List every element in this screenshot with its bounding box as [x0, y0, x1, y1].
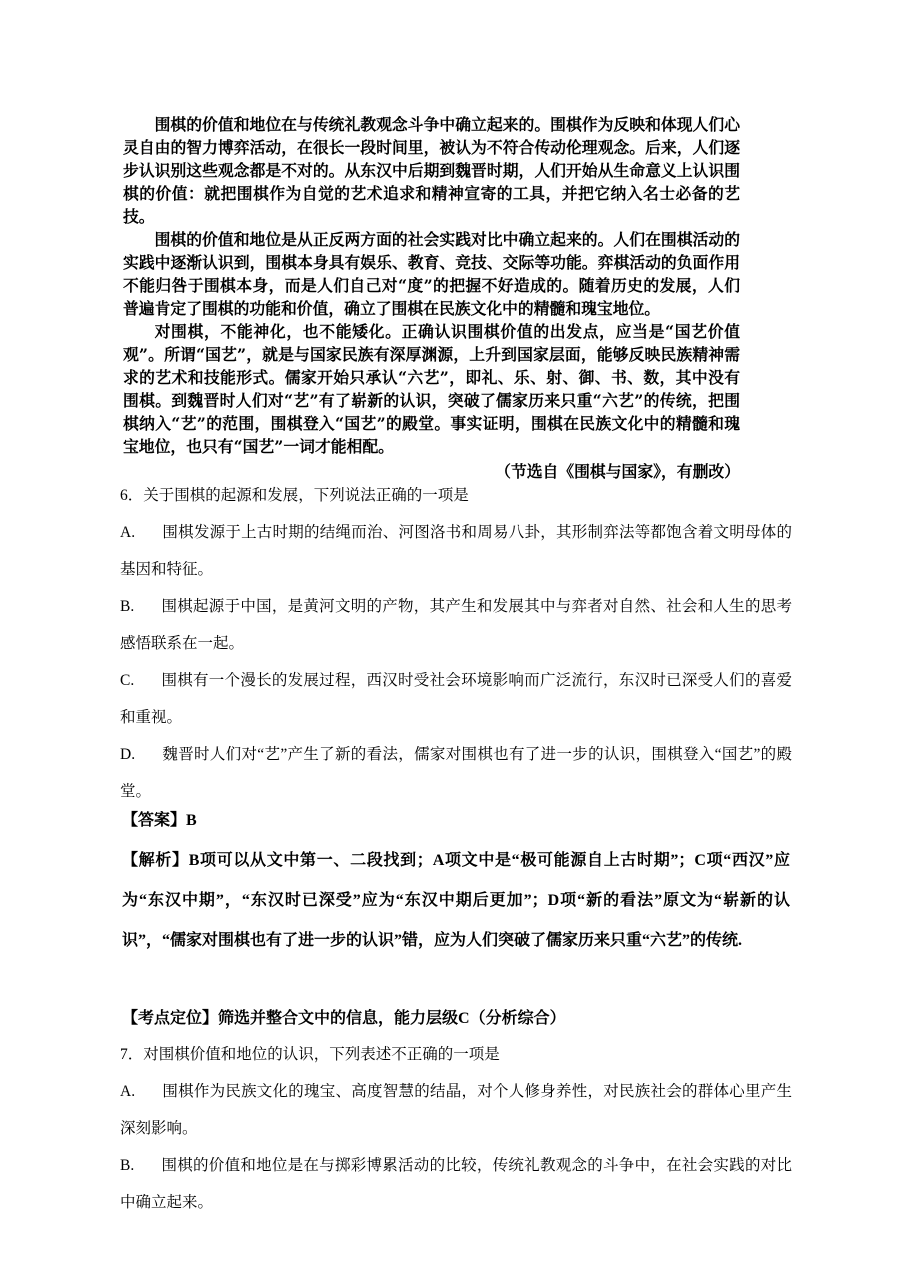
option-label-c: C.	[120, 672, 134, 689]
question-6-block: 6．关于围棋的起源和发展，下列说法正确的一项是 A.围棋发源于上古时期的结绳而治…	[120, 477, 792, 810]
exam-point-text: 筛选并整合文中的信息，能力层级C（分析综合）	[218, 1010, 566, 1027]
option-text-d: 魏晋时人们对“艺”产生了新的看法，儒家对围棋也有了进一步的认识，围棋登入“国艺”…	[120, 746, 792, 800]
question-6-option-b: B.围棋起源于中国，是黄河文明的产物，其产生和发展其中与弈者对自然、社会和人生的…	[120, 588, 792, 662]
question-6-answer-line: 【答案】B	[122, 801, 790, 841]
option-text-c: 围棋有一个漫长的发展过程，西汉时受社会环境影响而广泛流行，东汉时已深受人们的喜爱…	[120, 672, 792, 726]
question-6-option-a: A.围棋发源于上古时期的结绳而治、河图洛书和周易八卦，其形制弈法等都饱含着文明母…	[120, 514, 792, 588]
answer-value: B	[186, 812, 197, 829]
option-text-b: 围棋的价值和地位是在与掷彩博累活动的比较，传统礼教观念的斗争中，在社会实践的对比…	[120, 1157, 792, 1211]
question-7-option-b: B.围棋的价值和地位是在与掷彩博累活动的比较，传统礼教观念的斗争中，在社会实践的…	[120, 1147, 792, 1221]
question-7-block: 7．对围棋价值和地位的认识，下列表述不正确的一项是 A.围棋作为民族文化的瑰宝、…	[120, 1036, 792, 1221]
excerpt-block: 围棋的价值和地位在与传统礼教观念斗争中确立起来的。围棋作为反映和体现人们心灵自由…	[123, 113, 740, 483]
excerpt-paragraph-2: 围棋的价值和地位是从正反两方面的社会实践对比中确立起来的。人们在围棋活动的实践中…	[123, 228, 740, 320]
option-label-d: D.	[120, 746, 135, 763]
option-label-b: B.	[120, 1157, 134, 1174]
question-7-option-a: A.围棋作为民族文化的瑰宝、高度智慧的结晶，对个人修身养性，对民族社会的群体心里…	[120, 1073, 792, 1147]
analysis-text: B项可以从文中第一、二段找到；A项文中是“极可能源自上古时期”；C项“西汉”应为…	[122, 852, 790, 949]
option-text-b: 围棋起源于中国，是黄河文明的产物，其产生和发展其中与弈者对自然、社会和人生的思考…	[120, 598, 792, 652]
option-text-a: 围棋发源于上古时期的结绳而治、河图洛书和周易八卦，其形制弈法等都饱含着文明母体的…	[120, 524, 792, 578]
question-6-exam-point-line: 【考点定位】筛选并整合文中的信息，能力层级C（分析综合）	[122, 999, 790, 1039]
question-6-analysis-block: 【解析】B项可以从文中第一、二段找到；A项文中是“极可能源自上古时期”；C项“西…	[122, 841, 790, 961]
document-page: 围棋的价值和地位在与传统礼教观念斗争中确立起来的。围棋作为反映和体现人们心灵自由…	[0, 0, 910, 1287]
question-6-option-c: C.围棋有一个漫长的发展过程，西汉时受社会环境影响而广泛流行，东汉时已深受人们的…	[120, 662, 792, 736]
question-7-stem: 7．对围棋价值和地位的认识，下列表述不正确的一项是	[120, 1036, 792, 1073]
question-6-stem: 6．关于围棋的起源和发展，下列说法正确的一项是	[120, 477, 792, 514]
answer-label: 【答案】	[122, 812, 186, 829]
question-6-option-d: D.魏晋时人们对“艺”产生了新的看法，儒家对围棋也有了进一步的认识，围棋登入“国…	[120, 736, 792, 810]
excerpt-paragraph-1: 围棋的价值和地位在与传统礼教观念斗争中确立起来的。围棋作为反映和体现人们心灵自由…	[123, 113, 740, 228]
option-label-a: A.	[120, 524, 135, 541]
option-label-a: A.	[120, 1083, 135, 1100]
exam-point-label: 【考点定位】	[122, 1010, 218, 1027]
excerpt-paragraph-3: 对围棋，不能神化，也不能矮化。正确认识围棋价值的出发点，应当是“国艺价值观”。所…	[123, 320, 740, 458]
analysis-label: 【解析】	[122, 852, 189, 869]
option-text-a: 围棋作为民族文化的瑰宝、高度智慧的结晶，对个人修身养性，对民族社会的群体心里产生…	[120, 1083, 792, 1137]
option-label-b: B.	[120, 598, 134, 615]
